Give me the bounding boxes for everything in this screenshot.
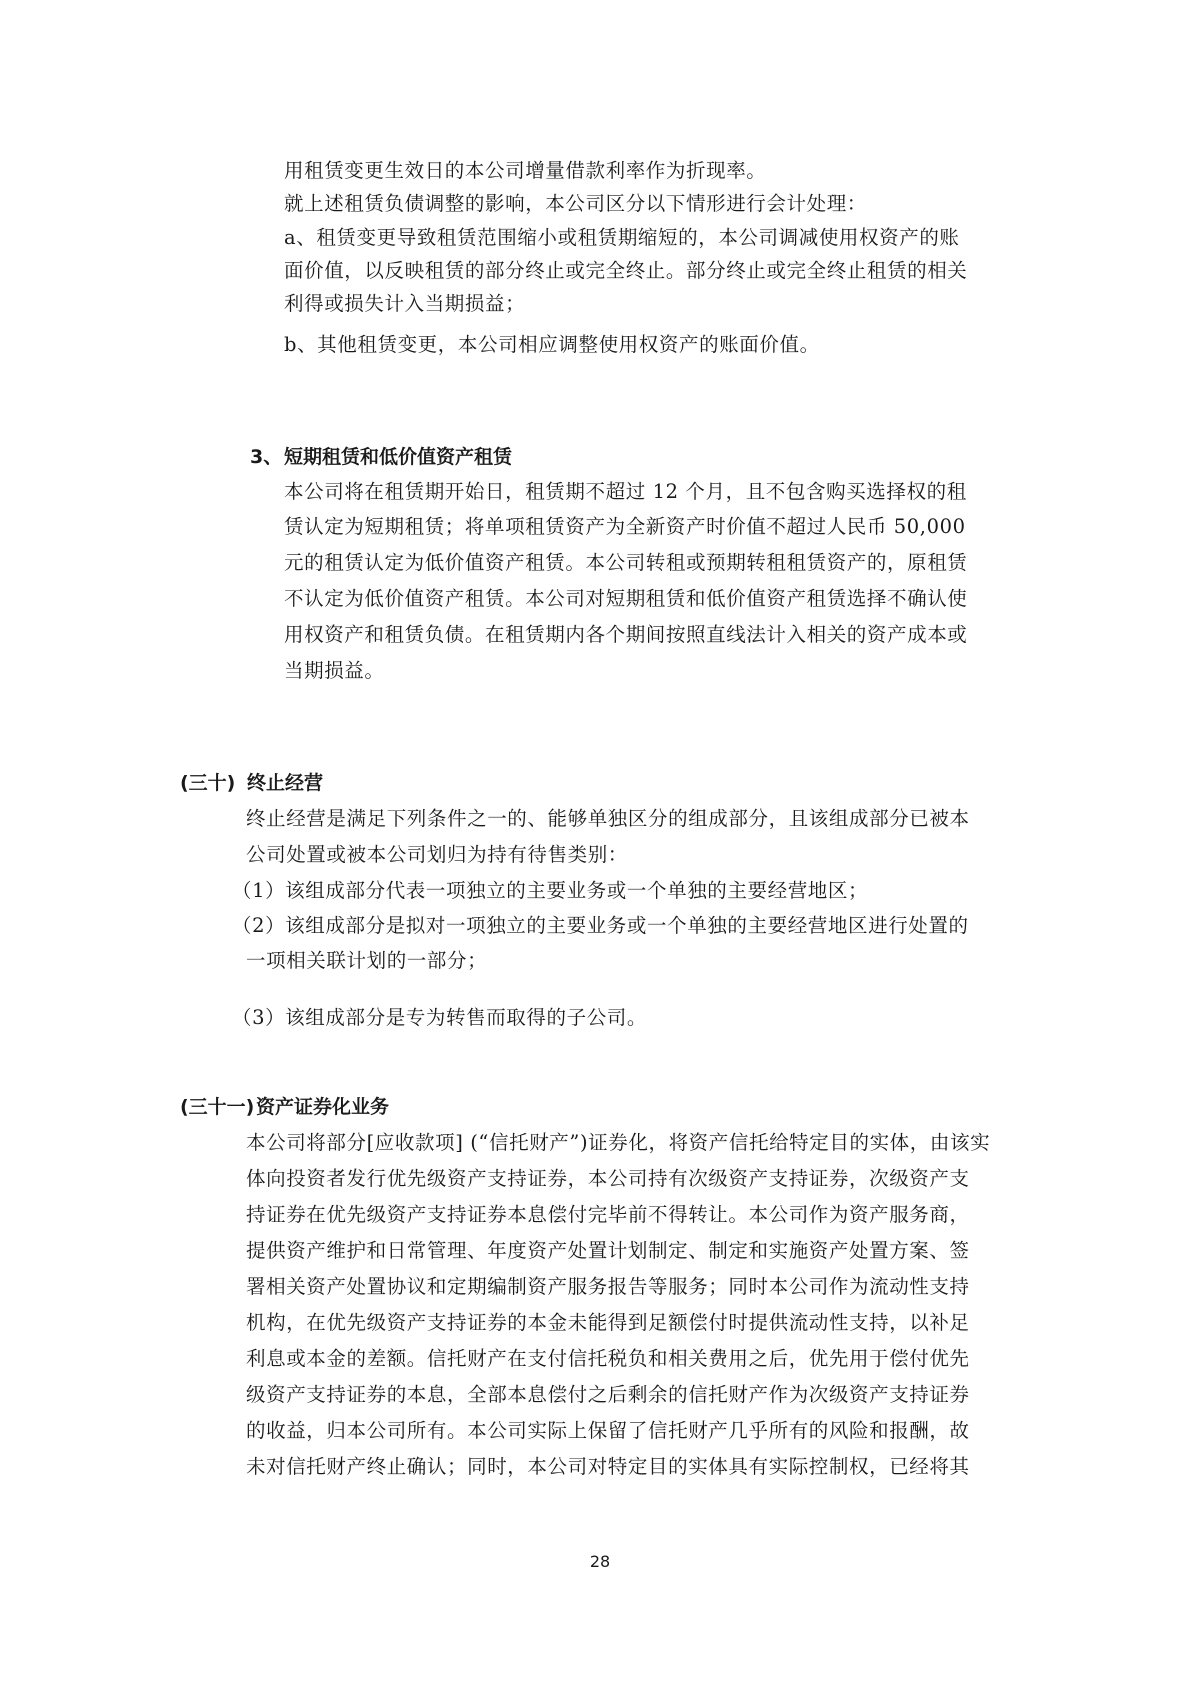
section-30-title: 终止经营 <box>247 768 323 798</box>
paragraph-line: 元的租赁认定为低价值资产租赁。本公司转租或预期转租租赁资产的，原租赁 <box>284 548 967 578</box>
paragraph-line: 面价值，以反映租赁的部分终止或完全终止。部分终止或完全终止租赁的相关 <box>284 256 967 286</box>
paragraph-line: 不认定为低价值资产租赁。本公司对短期租赁和低价值资产租赁选择不确认使 <box>284 584 967 614</box>
paragraph-line: 利得或损失计入当期损益； <box>284 289 525 319</box>
section-3-title: 短期租赁和低价值资产租赁 <box>284 442 512 472</box>
paragraph-line: 就上述租赁负债调整的影响，本公司区分以下情形进行会计处理： <box>284 189 867 219</box>
paragraph-line: 当期损益。 <box>284 656 385 686</box>
paragraph-line: 利息或本金的差额。信托财产在支付信托税负和相关费用之后，优先用于偿付优先 <box>246 1344 970 1374</box>
section-31-number: (三十一) <box>180 1092 254 1122</box>
paragraph-line: a、租赁变更导致租赁范围缩小或租赁期缩短的，本公司调减使用权资产的账 <box>284 223 960 253</box>
paragraph-line: 提供资产维护和日常管理、年度资产处置计划制定、制定和实施资产处置方案、签 <box>246 1236 970 1266</box>
list-item: （3）该组成部分是专为转售而取得的子公司。 <box>232 1003 647 1033</box>
section-31-title: 资产证券化业务 <box>256 1092 389 1122</box>
paragraph-line: 持证券在优先级资产支持证券本息偿付完毕前不得转让。本公司作为资产服务商， <box>246 1200 970 1230</box>
paragraph-line: 本公司将部分[应收款项] (“信托财产”)证券化，将资产信托给特定目的实体，由该… <box>246 1128 990 1158</box>
paragraph-line: 级资产支持证券的本息，全部本息偿付之后剩余的信托财产作为次级资产支持证券 <box>246 1380 970 1410</box>
paragraph-line: 机构，在优先级资产支持证券的本金未能得到足额偿付时提供流动性支持，以补足 <box>246 1308 970 1338</box>
paragraph-line: 用租赁变更生效日的本公司增量借款利率作为折现率。 <box>284 156 766 186</box>
list-item: （1）该组成部分代表一项独立的主要业务或一个单独的主要经营地区； <box>232 876 868 906</box>
paragraph-line: b、其他租赁变更，本公司相应调整使用权资产的账面价值。 <box>284 330 820 360</box>
paragraph-line: 署相关资产处置协议和定期编制资产服务报告等服务；同时本公司作为流动性支持 <box>246 1272 970 1302</box>
paragraph-line: 终止经营是满足下列条件之一的、能够单独区分的组成部分，且该组成部分已被本 <box>246 804 970 834</box>
paragraph-line: 的收益，归本公司所有。本公司实际上保留了信托财产几乎所有的风险和报酬，故 <box>246 1416 970 1446</box>
paragraph-line: 体向投资者发行优先级资产支持证券，本公司持有次级资产支持证券，次级资产支 <box>246 1164 970 1194</box>
section-3-number: 3、 <box>250 442 282 472</box>
paragraph-line: 本公司将在租赁期开始日，租赁期不超过 12 个月，且不包含购买选择权的租 <box>284 477 967 507</box>
list-item: 一项相关联计划的一部分； <box>246 946 487 976</box>
section-30-number: (三十) <box>180 768 235 798</box>
paragraph-line: 赁认定为短期租赁；将单项租赁资产为全新资产时价值不超过人民币 50,000 <box>284 512 966 542</box>
document-page: 用租赁变更生效日的本公司增量借款利率作为折现率。 就上述租赁负债调整的影响，本公… <box>0 0 1200 1697</box>
paragraph-line: 公司处置或被本公司划归为持有待售类别： <box>246 840 628 870</box>
page-number: 28 <box>0 1552 1200 1571</box>
list-item: （2）该组成部分是拟对一项独立的主要业务或一个单独的主要经营地区进行处置的 <box>232 911 969 941</box>
paragraph-line: 未对信托财产终止确认；同时，本公司对特定目的实体具有实际控制权，已经将其 <box>246 1452 970 1482</box>
paragraph-line: 用权资产和租赁负债。在租赁期内各个期间按照直线法计入相关的资产成本或 <box>284 620 967 650</box>
